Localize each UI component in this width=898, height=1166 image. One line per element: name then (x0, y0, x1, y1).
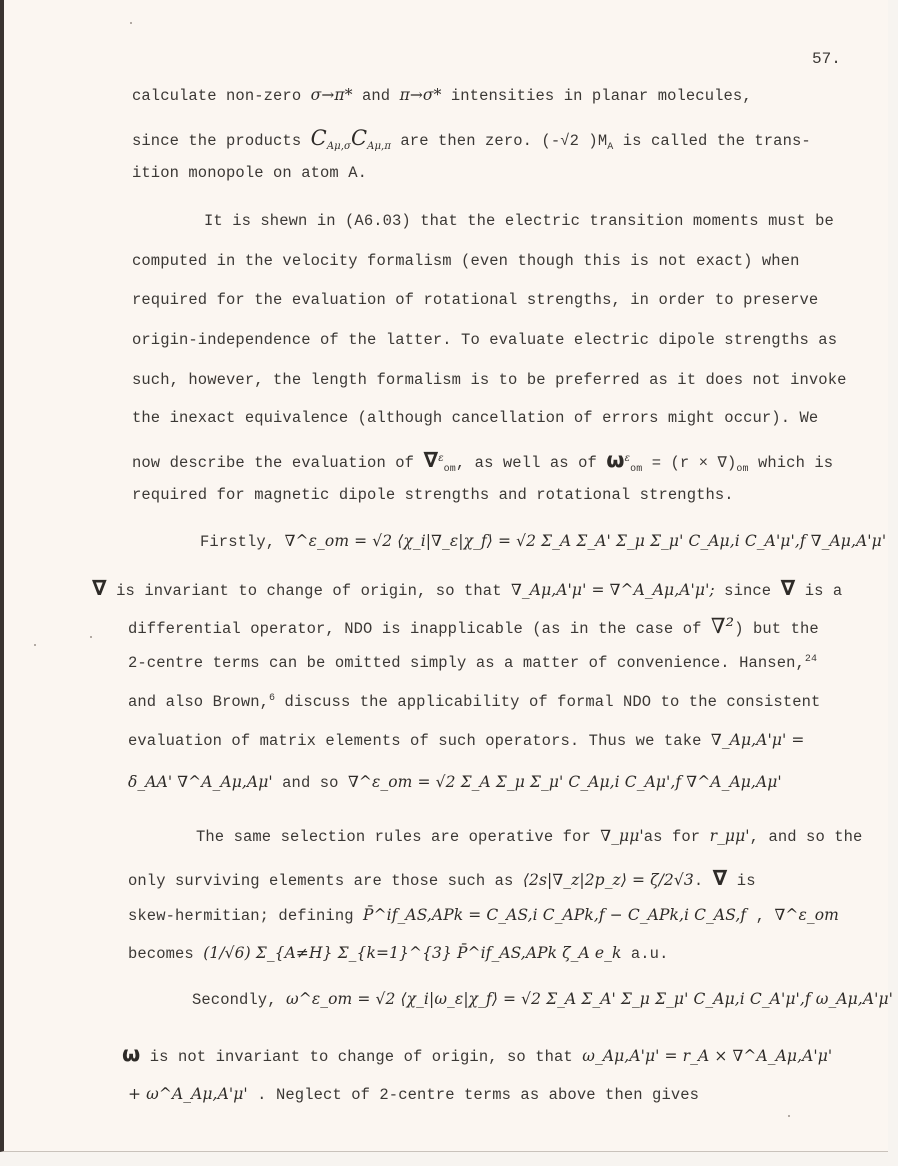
text-line-6: required for the evaluation of rotationa… (132, 291, 818, 309)
text-line-7: origin-independence of the latter. To ev… (132, 331, 837, 349)
text-line-14: differential operator, NDO is inapplicab… (128, 614, 819, 638)
text-run: is called the trans- (613, 132, 810, 150)
text-run: since the products (132, 132, 311, 150)
text-run: ) but the (734, 620, 819, 638)
paper-speck (788, 1115, 790, 1117)
coefficient-c: C (351, 126, 367, 150)
nabla-om-expansion-math: ∇^ε_om = √2 ⟨χ_i|∇_ε|χ_f⟩ = √2 Σ_A Σ_A' … (285, 532, 887, 550)
text-line-24: ω is not invariant to change of origin, … (122, 1042, 832, 1066)
text-run: and (353, 87, 400, 105)
text-line-5: computed in the velocity formalism (even… (132, 252, 800, 270)
text-run: now describe the evaluation of (132, 454, 423, 472)
text-run: discuss the applicability of formal NDO … (275, 693, 820, 711)
equation-secondly: Secondly, ω^ε_om = √2 ⟨χ_i|ω_ε|χ_f⟩ = √2… (192, 990, 893, 1009)
superscript: ε (625, 453, 630, 464)
nabla-symbol: ∇ (781, 576, 796, 600)
text-run: is a (795, 582, 842, 600)
text-line-13: ∇ is invariant to change of origin, so t… (92, 576, 842, 600)
text-line-20: only surviving elements are those such a… (128, 866, 756, 890)
text-run: , (746, 907, 774, 925)
text-run: a.u. (621, 945, 668, 963)
r-mu-mu-math: r_μμ' (710, 827, 750, 845)
text-run: is (727, 872, 755, 890)
text-run: skew-hermitian; defining (128, 907, 363, 925)
text-run: only surviving elements are those such a… (128, 872, 523, 890)
omega-symbol: ω (606, 448, 624, 472)
p-bar-definition-math: P̄^if_AS,APk = C_AS,i C_APk,f − C_APk,i … (363, 906, 746, 924)
subscript: om (736, 464, 748, 475)
text-run: = (r × ∇) (642, 454, 736, 472)
paper-speck (130, 22, 132, 24)
nabla-origin-invariance-math: ∇_Aμ,A'μ' = ∇^A_Aμ,A'μ'; (511, 581, 715, 599)
text-line-11: required for magnetic dipole strengths a… (132, 486, 734, 504)
text-run: Secondly, (192, 991, 286, 1009)
omega-atomic-math: + ω^A_Aμ,A'μ' (128, 1085, 248, 1103)
equation-ndo-nabla: δ_AA' ∇^A_Aμ,Aμ' and so ∇^ε_om = √2 Σ_A … (128, 773, 782, 792)
text-run: and so (273, 774, 348, 792)
text-run: differential operator, NDO is inapplicab… (128, 620, 711, 638)
text-run: . Neglect of 2-centre terms as above the… (248, 1086, 699, 1104)
text-line-1: calculate non-zero σ→π* and π→σ* intensi… (132, 86, 752, 105)
omega-origin-dependence-math: ω_Aμ,A'μ' = r_A × ∇^A_Aμ,A'μ' (582, 1047, 832, 1065)
text-line-21: skew-hermitian; defining P̄^if_AS,APk = … (128, 906, 839, 925)
text-line-3: ition monopole on atom A. (132, 164, 367, 182)
text-run: as for (644, 828, 710, 846)
nabla-symbol: ∇ (92, 576, 107, 600)
text-run: calculate non-zero (132, 87, 311, 105)
text-line-16: and also Brown,6 discuss the applicabili… (128, 693, 820, 711)
text-line-8: such, however, the length formalism is t… (132, 371, 847, 389)
text-run: 2-centre terms can be omitted simply as … (128, 654, 805, 672)
omega-om-expansion-math: ω^ε_om = √2 ⟨χ_i|ω_ε|χ_f⟩ = √2 Σ_A Σ_A' … (286, 990, 893, 1008)
text-run: , and so the (750, 828, 863, 846)
coefficient-c: C (311, 126, 327, 150)
paper-speck (90, 636, 92, 638)
text-run: . (694, 872, 713, 890)
equation-firstly: Firstly, ∇^ε_om = √2 ⟨χ_i|∇_ε|χ_f⟩ = √2 … (200, 532, 886, 551)
subscript: Aμ,π (367, 141, 391, 152)
nabla-om-ndo-math: ∇^ε_om = √2 Σ_A Σ_μ Σ_μ' C_Aμ,i C_Aμ',f … (348, 773, 782, 791)
page-number: 57. (812, 50, 841, 68)
sigma-to-pi-star-math: σ→π* (311, 86, 353, 104)
paper-speck (34, 644, 36, 646)
text-run: is invariant to change of origin, so tha… (107, 582, 511, 600)
delta-nabla-math: δ_AA' ∇^A_Aμ,Aμ' (128, 773, 273, 791)
text-line-4: It is shewn in (A6.03) that the electric… (204, 212, 834, 230)
superscript: ε (438, 453, 443, 464)
nabla-matrix-element-math: ∇_Aμ,A'μ' = (711, 731, 805, 749)
nabla-symbol: ∇ (713, 866, 728, 890)
nabla-symbol: ∇ (423, 448, 438, 472)
nabla-om-math: ∇^ε_om (774, 906, 839, 924)
text-line-22: becomes (1/√6) Σ_{A≠H} Σ_{k=1}^{3} P̄^if… (128, 944, 668, 963)
text-run: Firstly, (200, 533, 285, 551)
text-run: since (715, 582, 781, 600)
nabla-mu-mu-math: ∇_μμ' (600, 827, 643, 845)
text-line-15: 2-centre terms can be omitted simply as … (128, 654, 817, 672)
reference-superscript: 24 (805, 654, 817, 665)
text-run: The same selection rules are operative f… (196, 828, 600, 846)
text-run: is not invariant to change of origin, so… (140, 1048, 582, 1066)
subscript: om (630, 464, 642, 475)
omega-symbol: ω (122, 1042, 140, 1066)
text-line-9: the inexact equivalence (although cancel… (132, 409, 818, 427)
text-run: becomes (128, 945, 203, 963)
text-run: intensities in planar molecules, (441, 87, 751, 105)
text-run: evaluation of matrix elements of such op… (128, 732, 711, 750)
text-line-2: since the products CAμ,σCAμ,π are then z… (132, 126, 811, 153)
text-line-25: + ω^A_Aμ,A'μ' . Neglect of 2-centre term… (128, 1085, 699, 1104)
subscript: Aμ,σ (327, 141, 351, 152)
text-run: and also Brown, (128, 693, 269, 711)
text-run: , as well as of (456, 454, 606, 472)
text-line-10: now describe the evaluation of ∇εom, as … (132, 448, 833, 475)
pi-to-sigma-star-math: π→σ* (400, 86, 442, 104)
text-run: are then zero. (-√2 )M (391, 132, 607, 150)
nabla-om-result-math: (1/√6) Σ_{A≠H} Σ_{k=1}^{3} P̄^if_AS,APk … (203, 944, 621, 962)
document-page: 57. calculate non-zero σ→π* and π→σ* int… (0, 0, 888, 1152)
laplacian-math: ∇² (711, 614, 734, 638)
text-run: which is (749, 454, 834, 472)
text-line-17: evaluation of matrix elements of such op… (128, 731, 804, 750)
subscript: om (444, 464, 456, 475)
matrix-element-2s-2pz-math: ⟨2s|∇_z|2p_z⟩ = ζ/2√3 (523, 871, 694, 889)
text-line-19: The same selection rules are operative f… (196, 827, 862, 846)
